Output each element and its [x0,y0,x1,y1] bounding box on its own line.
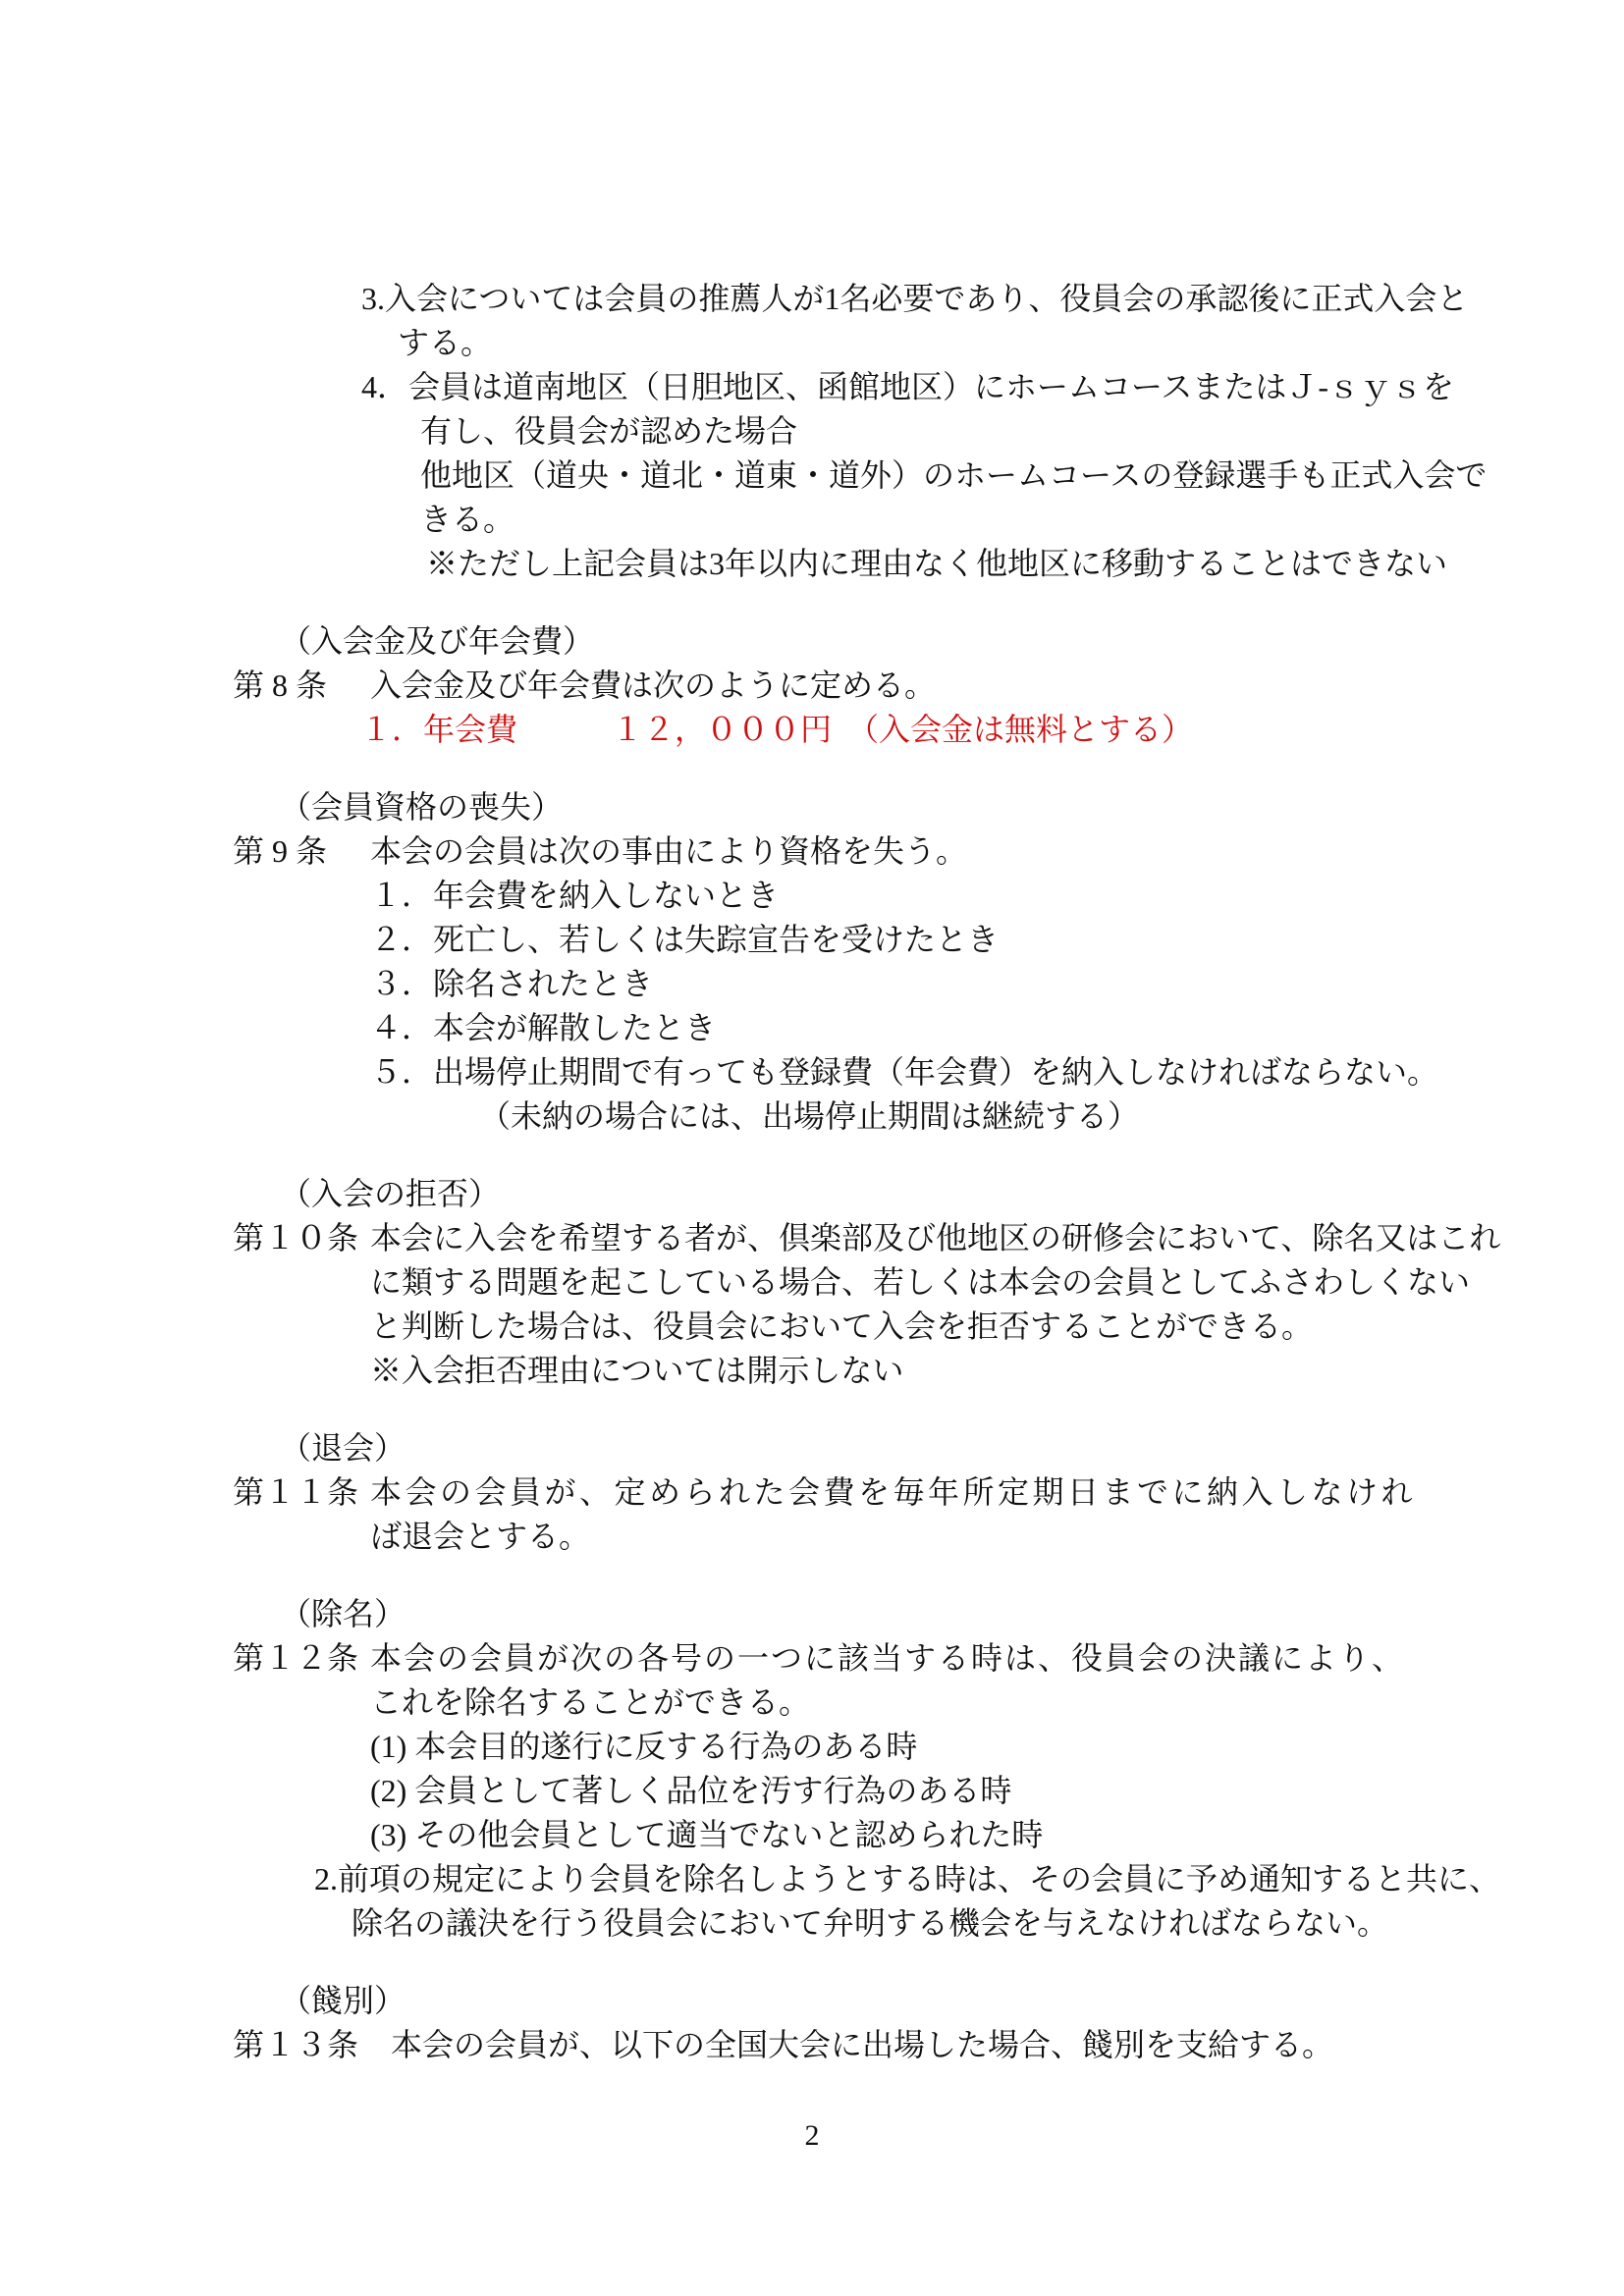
clause7-item4-line2: 有し、役員会が認めた場合 [0,409,1624,454]
clause-10-note: ※入会拒否理由については開示しない [0,1349,1624,1393]
section-heading-refusal: （入会の拒否） [0,1172,1624,1216]
clause-11-body-line1: 本会の会員が、定められた会費を毎年所定期日までに納入しなけれ [370,1474,1416,1510]
clause-10-body-line3: と判断した場合は、役員会において入会を拒否することができる。 [0,1305,1624,1349]
clause7-item4-line3: 他地区（道央・道北・道東・道外）のホームコースの登録選手も正式入会で [0,454,1624,498]
clause7-item3-line1: 3.入会については会員の推薦人が1名必要であり、役員会の承認後に正式入会と [0,277,1624,321]
clause-12-item-3: (3) その他会員として適当でないと認められた時 [0,1813,1624,1857]
clause-8-body: 入会金及び年会費は次のように定める。 [370,667,936,703]
clause7-item3-line2: する。 [0,321,1624,365]
clause-11-row: 第１１条本会の会員が、定められた会費を毎年所定期日までに納入しなけれ [0,1470,1624,1515]
clause-12-para2-line2: 除名の議決を行う役員会において弁明する機会を与えなければならない。 [0,1901,1624,1946]
clause-9-item-5: ５．出場停止期間で有っても登録費（年会費）を納入しなければならない。 [0,1050,1624,1095]
document-page: { "page_number": "2", "colors": { "text"… [0,0,1624,2296]
clause-10-label: 第１０条 [233,1216,370,1260]
document-body: 3.入会については会員の推薦人が1名必要であり、役員会の承認後に正式入会と する… [0,277,1624,2067]
clause-12-body-line2: これを除名することができる。 [0,1681,1624,1725]
clause-9-item-2: ２．死亡し、若しくは失踪宣告を受けたとき [0,918,1624,962]
section-heading-withdrawal: （退会） [0,1426,1624,1470]
clause-10-body-line2: に類する問題を起こしている場合、若しくは本会の会員としてふさわしくない [0,1260,1624,1305]
clause7-item4-note: ※ただし上記会員は3年以内に理由なく他地区に移動することはできない [0,542,1624,586]
clause-13-body: 本会の会員が、以下の全国大会に出場した場合、餞別を支給する。 [391,2027,1333,2062]
clause-9-item-1: １．年会費を納入しないとき [0,874,1624,918]
clause-10-body-line1: 本会に入会を希望する者が、倶楽部及び他地区の研修会において、除名又はこれ [370,1220,1500,1255]
clause7-item4-line4: きる。 [0,498,1624,542]
clause-9-row: 第 9 条本会の会員は次の事由により資格を失う。 [0,829,1624,874]
clause-12-body-line1: 本会の会員が次の各号の一つに該当する時は、役員会の決議により、 [370,1640,1405,1676]
clause7-item4-line1: 4．会員は道南地区（日胆地区、函館地区）にホームコースまたはＪ‐ｓｙｓを [0,365,1624,409]
clause-9-body: 本会の会員は次の事由により資格を失う。 [370,833,967,869]
clause-11-body-line2: ば退会とする。 [0,1515,1624,1559]
section-heading-loss-of-membership: （会員資格の喪失） [0,785,1624,829]
clause-10-row: 第１０条本会に入会を希望する者が、倶楽部及び他地区の研修会において、除名又はこれ [0,1216,1624,1260]
clause-9-label: 第 9 条 [233,829,370,874]
clause-8-label: 第 8 条 [233,664,370,708]
section-heading-expulsion: （除名） [0,1592,1624,1636]
clause-9-item-3: ３．除名されたとき [0,962,1624,1006]
clause-9-note: （未納の場合には、出場停止期間は継続する） [0,1095,1624,1139]
clause-12-row: 第１２条本会の会員が次の各号の一つに該当する時は、役員会の決議により、 [0,1636,1624,1681]
annual-fee-line: １．年会費 １２，０００円 （入会金は無料とする） [0,708,1624,752]
clause-8-row: 第 8 条入会金及び年会費は次のように定める。 [0,664,1624,708]
section-heading-fees: （入会金及び年会費） [0,619,1624,664]
page-number: 2 [0,2116,1624,2156]
clause-12-item-1: (1) 本会目的遂行に反する行為のある時 [0,1725,1624,1769]
clause-13-row: 第１３条本会の会員が、以下の全国大会に出場した場合、餞別を支給する。 [0,2023,1624,2067]
clause-12-para2-line1: 2.前項の規定により会員を除名しようとする時は、その会員に予め通知すると共に、 [0,1857,1624,1901]
clause-12-label: 第１２条 [233,1636,370,1681]
clause-9-item-4: ４．本会が解散したとき [0,1006,1624,1050]
clause-12-item-2: (2) 会員として著しく品位を汚す行為のある時 [0,1769,1624,1813]
clause-11-label: 第１１条 [233,1470,370,1515]
section-heading-farewell-gift: （餞別） [0,1979,1624,2023]
clause-13-label: 第１３条 [233,2023,391,2067]
